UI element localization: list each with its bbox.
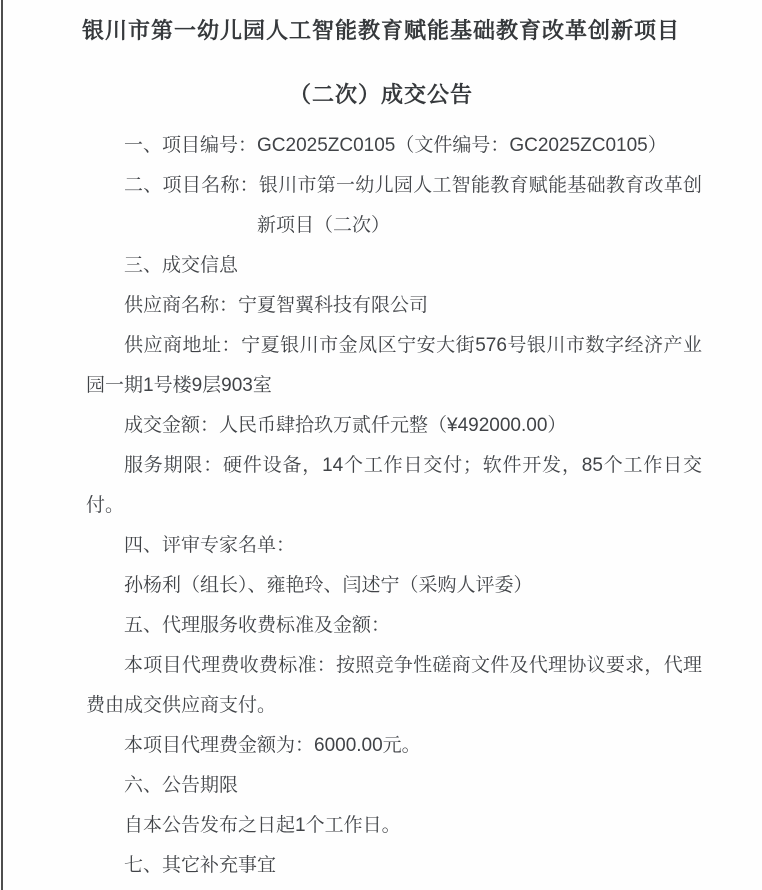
section-heading-announcement-period: 六、公告期限 bbox=[86, 766, 702, 806]
section-heading-agency-fee: 五、代理服务收费标准及金额： bbox=[86, 606, 702, 646]
section-heading-other: 七、其它补充事宜 bbox=[86, 846, 702, 886]
supplier-name: 供应商名称：宁夏智翼科技有限公司 bbox=[86, 286, 702, 326]
section-heading-award-info: 三、成交信息 bbox=[86, 246, 702, 286]
award-amount: 成交金额：人民币肆拾玖万贰仟元整（¥492000.00） bbox=[86, 406, 702, 446]
document-body: 一、项目编号：GC2025ZC0105（文件编号：GC2025ZC0105） 二… bbox=[86, 126, 702, 886]
document-page: 银川市第一幼儿园人工智能教育赋能基础教育改革创新项目 （二次）成交公告 一、项目… bbox=[0, 0, 762, 890]
document-title: 银川市第一幼儿园人工智能教育赋能基础教育改革创新项目 （二次）成交公告 bbox=[0, 0, 762, 110]
project-name: 二、项目名称：银川市第一幼儿园人工智能教育赋能基础教育改革创新项目（二次） bbox=[86, 166, 702, 246]
section-heading-experts: 四、评审专家名单： bbox=[86, 526, 702, 566]
service-period: 服务期限：硬件设备，14个工作日交付；软件开发，85个工作日交付。 bbox=[86, 446, 702, 526]
experts-list: 孙杨利（组长）、雍艳玲、闫述宁（采购人评委） bbox=[86, 566, 702, 606]
title-line-1: 银川市第一幼儿园人工智能教育赋能基础教育改革创新项目 bbox=[0, 16, 762, 46]
scan-edge-line bbox=[1, 0, 3, 890]
announcement-period: 自本公告发布之日起1个工作日。 bbox=[86, 806, 702, 846]
agency-fee-amount: 本项目代理费金额为：6000.00元。 bbox=[86, 726, 702, 766]
title-line-2: （二次）成交公告 bbox=[0, 80, 762, 110]
project-number: 一、项目编号：GC2025ZC0105（文件编号：GC2025ZC0105） bbox=[86, 126, 702, 166]
agency-fee-standard: 本项目代理费收费标准：按照竞争性磋商文件及代理协议要求，代理费由成交供应商支付。 bbox=[86, 646, 702, 726]
supplier-address: 供应商地址：宁夏银川市金凤区宁安大街576号银川市数字经济产业园一期1号楼9层9… bbox=[86, 326, 702, 406]
